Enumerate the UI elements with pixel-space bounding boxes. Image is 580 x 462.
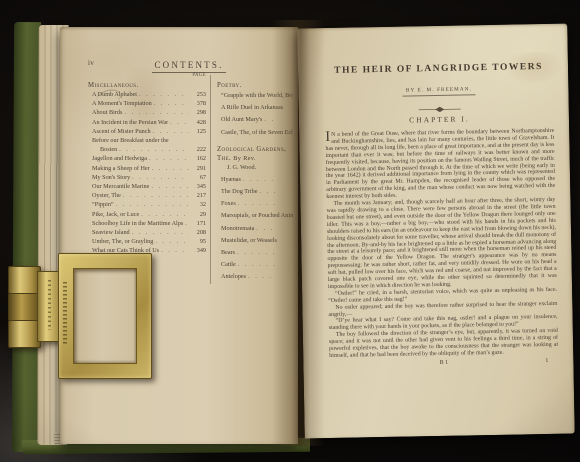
toc-entry-title: A Moment's Temptation (92, 99, 152, 108)
page-column-label: PAGE (88, 73, 206, 81)
dot-leader (238, 259, 276, 271)
toc-entry: Umber, The, or Grayling 95 (88, 237, 206, 246)
toc-entry: Mustelidæ, or Weasels (217, 235, 293, 247)
dot-leader (132, 228, 189, 237)
contents-heading: CONTENTS. (152, 60, 225, 73)
dot-leader (155, 237, 189, 246)
dot-leader (248, 271, 276, 283)
book-title: THE HEIR OF LANGRIDGE TOWERS (324, 62, 553, 76)
toc-entry: Oyster, The 217 (88, 191, 206, 200)
toc-entry-page: 253 (191, 90, 206, 99)
toc-entry-title: Mustelidæ, or Weasels (221, 235, 277, 247)
dot-leader (170, 118, 189, 127)
dot-leader (123, 191, 189, 200)
toc-entry-page: 349 (191, 246, 206, 255)
toc-entry-title: Bosien (100, 145, 117, 154)
toc-entry-title: Pike, Jack, or Luce (92, 210, 139, 219)
toc-entry: Cattle (217, 259, 293, 271)
toc-entry-title: Bears (221, 247, 235, 259)
dot-leader (185, 219, 189, 228)
toc-entry-title: Marsupials, or Pouched Animals (221, 210, 293, 222)
toc-entry: Our Mercantile Marine 345 (88, 182, 206, 191)
dot-leader (243, 174, 276, 186)
toc-entry-title: A Dumb Alphabet (92, 90, 137, 99)
toc-entry-page: 29 (191, 210, 206, 219)
chapter-heading: CHAPTER I. (325, 113, 554, 126)
toc-entry-page: 222 (191, 145, 206, 154)
toc-entry: An Incident in the Persian War 428 (88, 118, 206, 127)
toc-entry: The Dog Tribe (217, 186, 293, 198)
toc-entry-title: Hyænas (221, 174, 241, 186)
toc-entry-title: About Birds (92, 108, 122, 117)
clasp-buckle-frame (58, 253, 152, 379)
toc-entry-page: 162 (191, 154, 206, 163)
toc-entry-title: Cattle (221, 259, 236, 271)
toc-entry-page: 171 (191, 219, 206, 228)
toc-entry-page: 32 (191, 200, 206, 209)
toc-entry-title: An Incident in the Persian War (92, 118, 168, 127)
section-author-name: J. G. Wood. (217, 163, 293, 172)
toc-entry-title: “Grapple with the World, Boys” (221, 90, 293, 102)
toc-entry-page: 217 (191, 191, 206, 200)
contents-header-row: CONTENTS. (88, 55, 290, 73)
toc-entry: Bears (217, 247, 293, 259)
toc-entry: About Birds 298 (88, 108, 206, 117)
dot-leader (153, 127, 189, 136)
toc-entry-title: Schoolboy Life in the Maritime Alps (92, 219, 183, 228)
toc-entry: A Moment's Temptation 378 (88, 99, 206, 108)
brass-clasp (6, 250, 156, 382)
toc-entry-title: The Dog Tribe (221, 186, 257, 198)
toc-entry: “Pippin” 32 (88, 200, 206, 209)
toc-entry: Seaview Island 208 (88, 228, 206, 237)
contents-column-right: Poetry. “Grapple with the World, Boys” A… (211, 73, 293, 284)
toc-entry: My Son's Story 67 (88, 173, 206, 182)
toc-entry-title: “Pippin” (92, 200, 114, 209)
toc-entry-title: Umber, The, or Grayling (92, 237, 153, 246)
chapter-page-content: THE HEIR OF LANGRIDGE TOWERS BY E. M. FR… (324, 62, 560, 428)
toc-entry: Schoolboy Life in the Maritime Alps 171 (88, 219, 206, 228)
toc-list-zoological: Hyænas The Dog Tribe Foxes Ma (217, 174, 293, 284)
toc-entry-page: 95 (191, 237, 206, 246)
toc-entry-title: Foxes (221, 198, 236, 210)
toc-entry-title: Old Aunt Mary's (221, 114, 262, 126)
toc-list-miscellaneous: A Dumb Alphabet 253 A Moment's Temptatio… (88, 90, 206, 256)
toc-entry-title: Making a Sheep of Her (92, 164, 150, 173)
toc-entry-title: Castle, The, of the Seven Echoes (221, 127, 293, 139)
toc-entry: Pike, Jack, or Luce 29 (88, 210, 206, 219)
toc-entry-title: Antelopes (221, 271, 246, 283)
toc-list-poetry: “Grapple with the World, Boys” A Rifle D… (217, 90, 293, 139)
dot-leader (124, 108, 189, 117)
dot-leader (119, 145, 189, 154)
dot-leader (237, 247, 276, 259)
toc-entry: A Dumb Alphabet 253 (88, 90, 206, 99)
toc-entry-title: Our Mercantile Marine (92, 182, 149, 191)
chapter-body: IN a bend of the Great Ouse, where that … (325, 128, 558, 360)
page-number: 1 (545, 358, 548, 364)
toc-entry: Bosien 222 (88, 145, 206, 154)
toc-entry-page: 291 (191, 164, 206, 173)
clasp-stamp-marks (63, 282, 67, 344)
toc-entry: Monotremata (217, 223, 293, 235)
toc-entry-title: Before our Breakfast under the (92, 136, 169, 145)
toc-entry: A Rifle Duel in Arkansas (217, 102, 293, 114)
dot-leader (259, 186, 276, 198)
toc-entry-title: Oyster, The (92, 191, 121, 200)
dot-leader (264, 114, 276, 126)
dot-leader (149, 154, 189, 163)
toc-entry-title: A Rifle Duel in Arkansas (221, 102, 283, 114)
clasp-buckle-window (73, 268, 137, 364)
dot-leader (256, 223, 276, 235)
toc-entry-page: 67 (191, 173, 206, 182)
dot-leader (152, 164, 189, 173)
paragraph-text: IN a bend of the Great Ouse, where that … (325, 128, 555, 200)
section-heading-poetry: Poetry. (217, 81, 293, 90)
toc-entry: Before our Breakfast under the (88, 136, 206, 145)
section-heading-zoological: Zoological Gardens, The. By Rev. (217, 145, 293, 163)
photo-background: iv CONTENTS. PAGE Miscellaneous. A Dumb … (0, 0, 580, 462)
toc-entry-page: 378 (191, 99, 206, 108)
paragraph-text: The month was January; and, though scarc… (327, 197, 557, 290)
dot-leader (132, 173, 189, 182)
toc-entry-title: Monotremata (221, 223, 254, 235)
ornament-divider-icon (325, 98, 554, 109)
byline-row: BY E. M. FREEMAN. (324, 76, 553, 98)
section-by-text: By Rev. (233, 155, 256, 162)
body-paragraph: IN a bend of the Great Ouse, where that … (325, 128, 555, 201)
toc-entry-page: 345 (191, 182, 206, 191)
toc-entry-page: 298 (191, 108, 206, 117)
dot-leader (139, 90, 189, 99)
toc-entry: Old Aunt Mary's (217, 114, 293, 126)
author-byline: BY E. M. FREEMAN. (403, 86, 475, 96)
toc-entry: Making a Sheep of Her 291 (88, 164, 206, 173)
dot-leader (141, 210, 189, 219)
dot-leader (151, 182, 189, 191)
body-paragraph: The boy followed the direction of the st… (329, 328, 558, 360)
toc-entry: Marsupials, or Pouched Animals (217, 210, 293, 222)
chapter-page: THE HEIR OF LANGRIDGE TOWERS BY E. M. FR… (297, 24, 574, 439)
toc-entry: Antelopes (217, 271, 293, 283)
toc-entry-page: 428 (191, 118, 206, 127)
toc-entry-title: Jagellon and Hedwiga (92, 154, 147, 163)
dot-leader (161, 246, 189, 255)
toc-entry: Ascent of Mister Punch 125 (88, 127, 206, 136)
toc-entry: “Grapple with the World, Boys” (217, 90, 293, 102)
toc-entry-title: Seaview Island (92, 228, 130, 237)
toc-entry: Hyænas (217, 174, 293, 186)
page-footer: B 1 1 (329, 358, 558, 371)
dot-leader (116, 200, 189, 209)
paragraph-text: The boy followed the direction of the st… (329, 328, 558, 359)
toc-entry: Castle, The, of the Seven Echoes (217, 127, 293, 139)
dot-leader (238, 198, 276, 210)
toc-entry-page: 208 (191, 228, 206, 237)
clasp-stamp-marks (48, 280, 51, 330)
toc-entry: Jagellon and Hedwiga 162 (88, 154, 206, 163)
toc-entry-title: Ascent of Mister Punch (92, 127, 151, 136)
toc-entry-page: 125 (191, 127, 206, 136)
body-paragraph: The month was January; and, though scarc… (326, 197, 557, 291)
section-heading-miscellaneous: Miscellaneous. (88, 81, 206, 90)
toc-entry-title: My Son's Story (92, 173, 130, 182)
toc-entry: Foxes (217, 198, 293, 210)
dot-leader (154, 99, 189, 108)
